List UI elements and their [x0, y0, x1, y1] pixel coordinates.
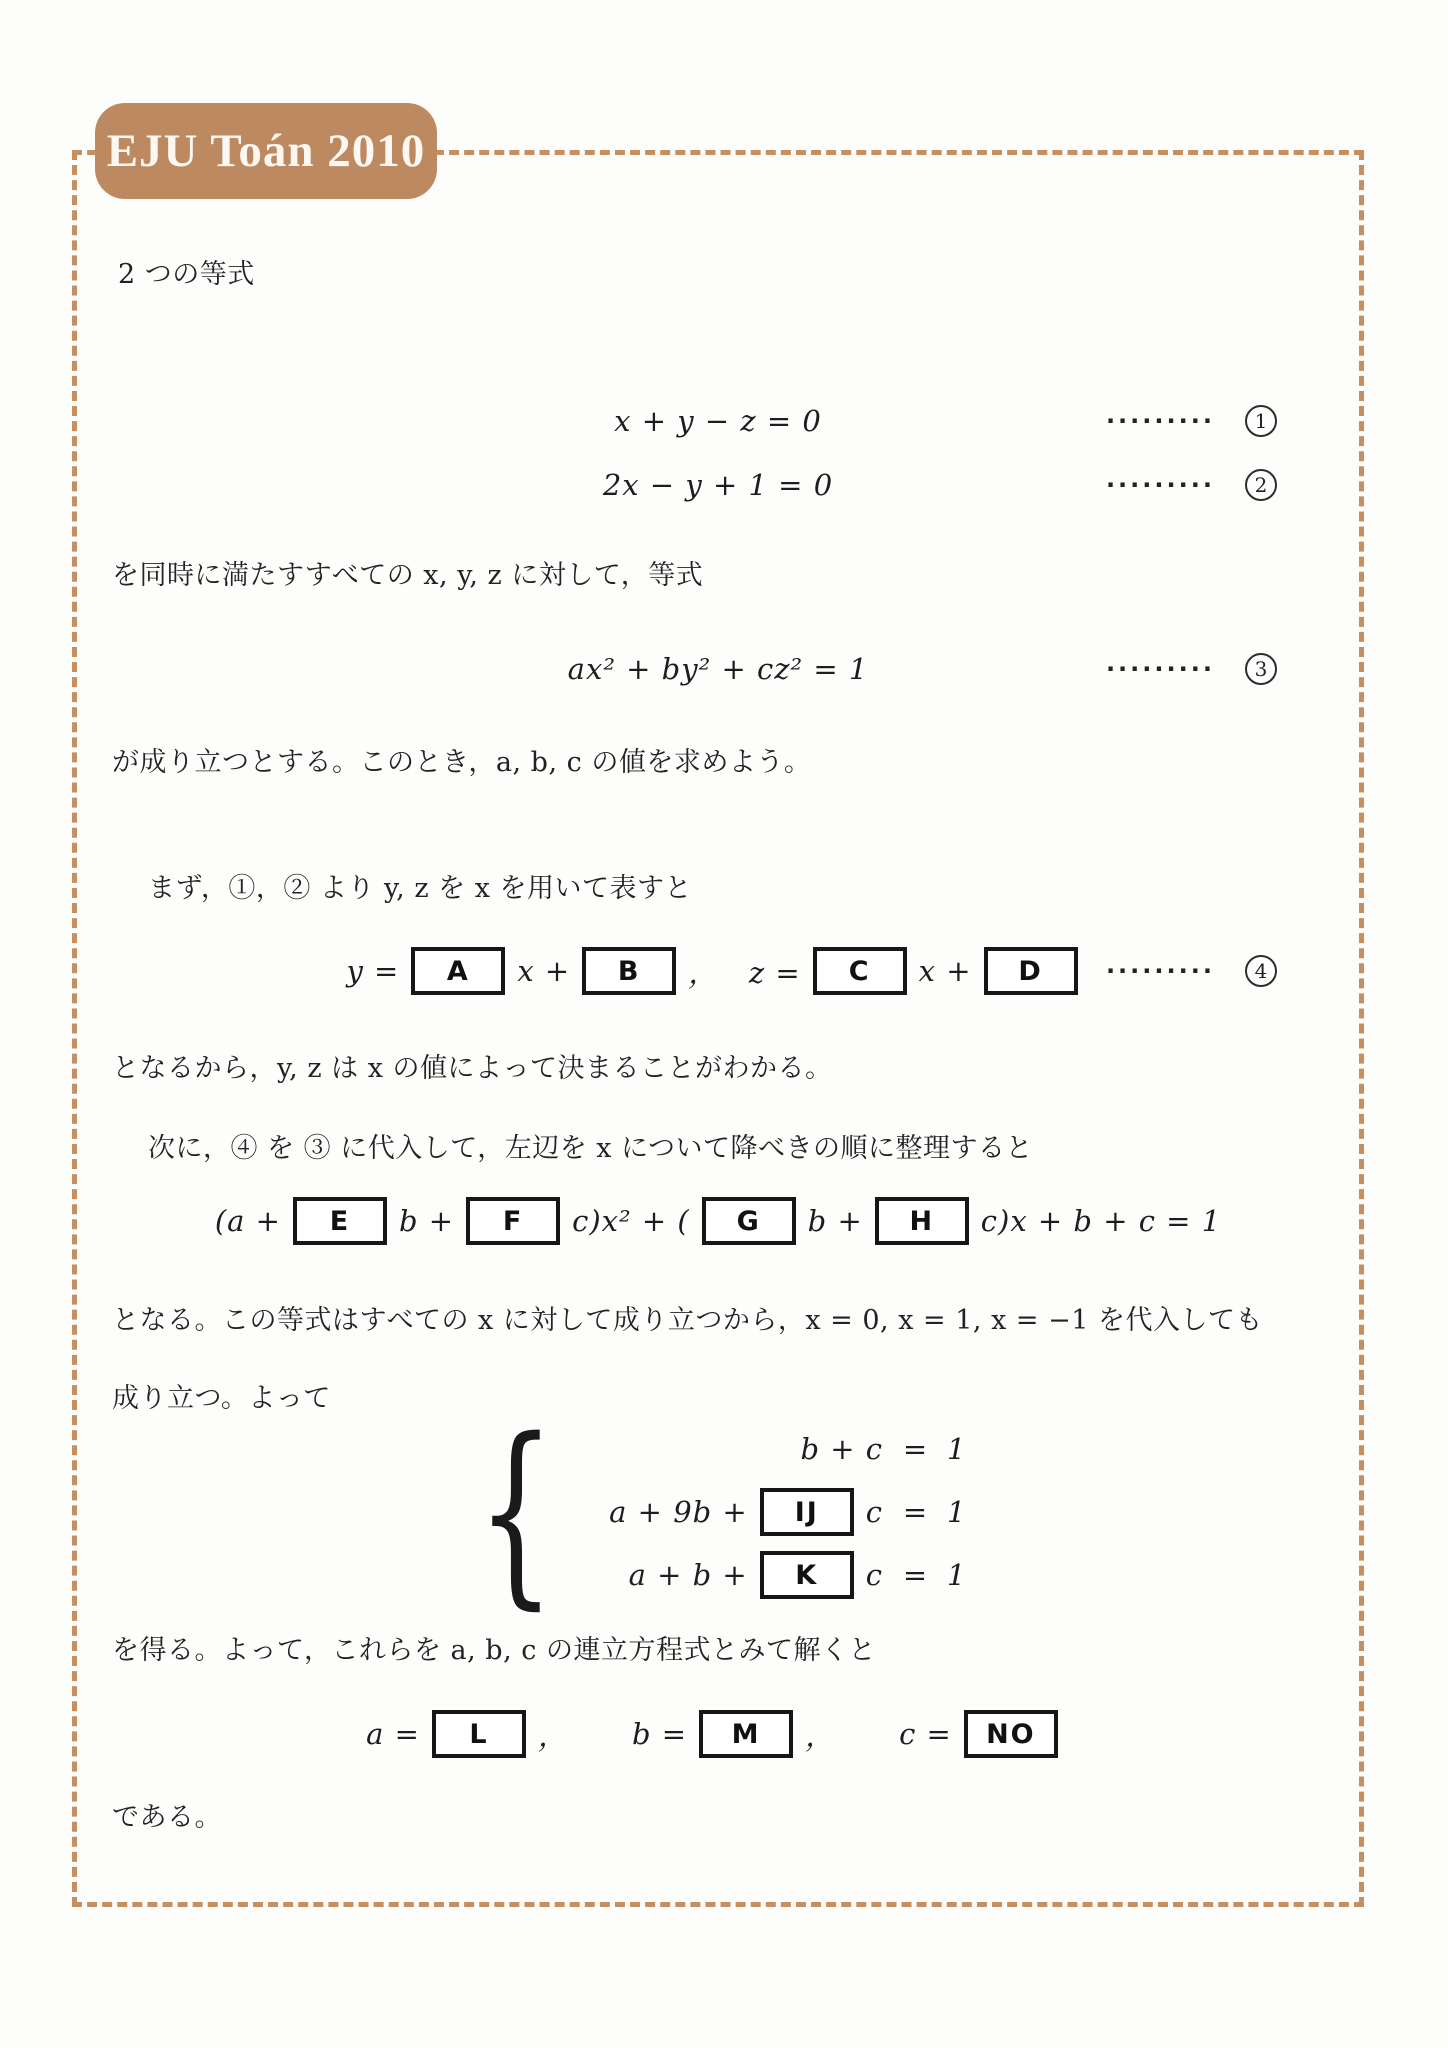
- system-row-2: a + 9b + IJ c = 1: [583, 1481, 983, 1544]
- answer-box-A-label: A: [447, 956, 470, 987]
- dotted-leader: ·········: [1106, 471, 1215, 499]
- equation-3: ax² + by² + cz² = 1 ········· 3: [72, 644, 1364, 694]
- equation-2-reference: ········· 2: [1106, 469, 1277, 501]
- equals-sign: =: [883, 1558, 947, 1592]
- intro-text: 2 つの等式: [118, 252, 255, 291]
- paragraph-1: を同時に満たすすべての x, y, z に対して，等式: [112, 553, 703, 592]
- answer-box-IJ: IJ: [760, 1488, 854, 1536]
- system-row-2-variable: c: [866, 1495, 883, 1529]
- equation-5-segment: b +: [399, 1204, 454, 1238]
- answer-box-H: H: [875, 1197, 969, 1245]
- equals-sign: =: [883, 1495, 947, 1529]
- equation-4-segment: ， z =: [688, 951, 800, 992]
- equation-4-segment: x +: [919, 954, 972, 988]
- equation-3-reference: ········· 3: [1106, 653, 1277, 685]
- answer-box-IJ-label: IJ: [795, 1497, 819, 1528]
- system-row-3-expression: a + b +: [629, 1558, 748, 1592]
- answer-box-E: E: [293, 1197, 387, 1245]
- answer-box-D-label: D: [1018, 956, 1042, 987]
- equation-1: x + y − z = 0 ········· 1: [72, 398, 1364, 444]
- answer-box-L: L: [432, 1710, 526, 1758]
- result-a-label: a =: [366, 1717, 420, 1751]
- comma: ，: [538, 1714, 568, 1755]
- dotted-leader: ·········: [1106, 957, 1215, 985]
- paragraph-8: を得る。よって，これらを a, b, c の連立方程式とみて解くと: [112, 1628, 876, 1667]
- answer-box-NO: NO: [964, 1710, 1058, 1758]
- equation-4-segment: x +: [517, 954, 570, 988]
- equation-4: y = A x + B ， z = C x + D ········· 4: [72, 942, 1364, 1000]
- circled-number-3: 3: [1245, 653, 1277, 685]
- result-b-label: b =: [632, 1717, 687, 1751]
- paragraph-6: となる。この等式はすべての x に対して成り立つから，x = 0, x = 1,…: [112, 1298, 1263, 1337]
- equation-2-formula: 2x − y + 1 = 0: [603, 468, 833, 502]
- answer-box-M-label: M: [732, 1719, 761, 1750]
- paragraph-2: が成り立つとする。このとき，a, b, c の値を求めよう。: [112, 740, 811, 779]
- system-row-3: a + b + K c = 1: [583, 1544, 983, 1607]
- equation-1-reference: ········· 1: [1106, 405, 1277, 437]
- title-badge: EJU Toán 2010: [95, 103, 437, 199]
- equation-2: 2x − y + 1 = 0 ········· 2: [72, 462, 1364, 508]
- equation-4-segment: y =: [346, 954, 399, 988]
- system-row-1-lhs: b + c: [800, 1432, 883, 1466]
- answer-box-H-label: H: [909, 1206, 934, 1237]
- system-row-1-rhs: 1: [947, 1432, 983, 1466]
- exam-page: EJU Toán 2010 2 つの等式 x + y − z = 0 ·····…: [0, 0, 1448, 2048]
- answer-box-F: F: [466, 1197, 560, 1245]
- answer-box-A: A: [411, 947, 505, 995]
- equation-6: a = L ， b = M ， c = NO: [72, 1705, 1364, 1763]
- system-row-2-expression: a + 9b +: [609, 1495, 748, 1529]
- answer-box-C: C: [813, 947, 907, 995]
- answer-box-L-label: L: [469, 1719, 488, 1750]
- equation-5-segment: c)x + b + c = 1: [981, 1204, 1221, 1238]
- system-brace: {: [477, 1417, 555, 1607]
- answer-box-M: M: [699, 1710, 793, 1758]
- answer-box-C-label: C: [849, 956, 871, 987]
- paragraph-4: となるから，y, z は x の値によって決まることがわかる。: [112, 1046, 833, 1085]
- equation-1-formula: x + y − z = 0: [614, 404, 822, 438]
- system-row-3-variable: c: [866, 1558, 883, 1592]
- answer-box-E-label: E: [330, 1206, 350, 1237]
- system-row-1: b + c = 1: [583, 1418, 983, 1481]
- answer-box-G: G: [702, 1197, 796, 1245]
- answer-box-NO-label: NO: [986, 1719, 1036, 1750]
- equation-system: { b + c = 1 a + 9b + IJ c = 1 a + b + K: [72, 1412, 1364, 1612]
- paragraph-5: 次に，④ を ③ に代入して，左辺を x について降べきの順に整理すると: [148, 1126, 1033, 1165]
- system-row-2-rhs: 1: [947, 1495, 983, 1529]
- comma: ，: [805, 1714, 835, 1755]
- answer-box-K-label: K: [795, 1560, 818, 1591]
- equation-5-segment: c)x² + (: [572, 1204, 690, 1238]
- circled-number-1: 1: [1245, 405, 1277, 437]
- paragraph-7: 成り立つ。よって: [112, 1376, 331, 1415]
- circled-number-4: 4: [1245, 955, 1277, 987]
- equation-5-segment: (a +: [215, 1204, 281, 1238]
- answer-box-G-label: G: [737, 1206, 761, 1237]
- answer-box-K: K: [760, 1551, 854, 1599]
- answer-box-F-label: F: [503, 1206, 523, 1237]
- circled-number-2: 2: [1245, 469, 1277, 501]
- answer-box-B: B: [582, 947, 676, 995]
- equation-4-reference: ········· 4: [1106, 955, 1277, 987]
- equals-sign: =: [883, 1432, 947, 1466]
- paragraph-9: である。: [112, 1795, 222, 1834]
- equation-5-segment: b +: [808, 1204, 863, 1238]
- result-c-label: c =: [899, 1717, 952, 1751]
- paragraph-3: まず，①，② より y, z を x を用いて表すと: [148, 866, 692, 905]
- dotted-leader: ·········: [1106, 655, 1215, 683]
- equation-3-formula: ax² + by² + cz² = 1: [568, 652, 869, 686]
- dotted-leader: ·········: [1106, 407, 1215, 435]
- page-title: EJU Toán 2010: [107, 124, 426, 178]
- result-c: c = NO: [899, 1710, 1070, 1758]
- answer-box-B-label: B: [618, 956, 641, 987]
- equation-5: (a + E b + F c)x² + ( G b + H c)x + b + …: [72, 1192, 1364, 1250]
- result-a: a = L ，: [366, 1710, 568, 1758]
- answer-box-D: D: [984, 947, 1078, 995]
- system-rows: b + c = 1 a + 9b + IJ c = 1 a + b + K c: [583, 1418, 983, 1607]
- system-row-3-rhs: 1: [947, 1558, 983, 1592]
- result-b: b = M ，: [632, 1710, 835, 1758]
